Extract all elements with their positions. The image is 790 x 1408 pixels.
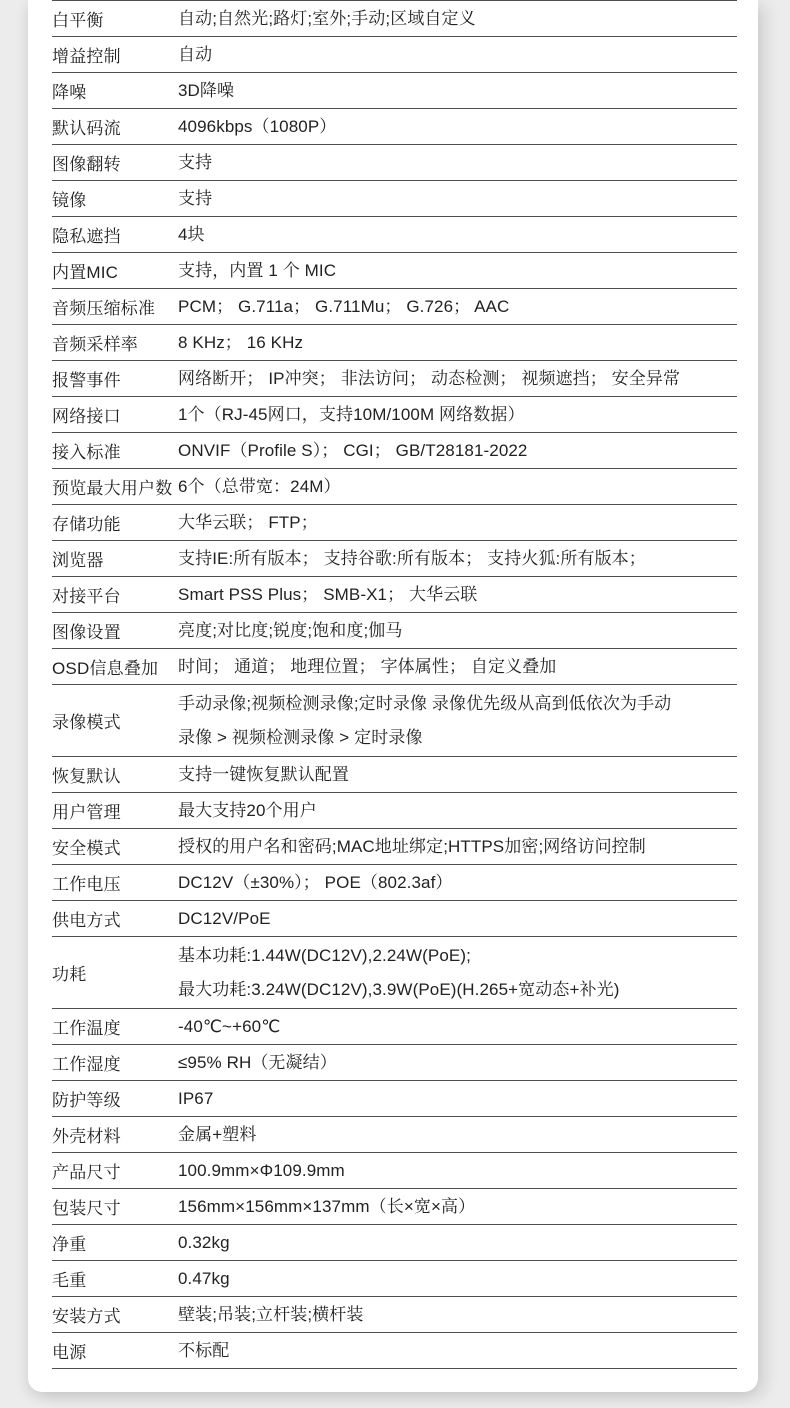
spec-label: 工作湿度	[52, 1050, 178, 1075]
spec-row: 工作电压DC12V（±30%）； POE（802.3af）	[52, 865, 737, 901]
spec-label: 预览最大用户数	[52, 474, 178, 499]
spec-label: 电源	[52, 1338, 178, 1363]
spec-value: 0.32kg	[178, 1226, 737, 1260]
spec-label: 默认码流	[52, 114, 178, 139]
spec-value: 支持	[178, 182, 737, 216]
spec-label: 降噪	[52, 78, 178, 103]
spec-row: 降噪3D降噪	[52, 73, 737, 109]
spec-value: 100.9mm×Φ109.9mm	[178, 1154, 737, 1188]
spec-row: 增益控制自动	[52, 37, 737, 73]
spec-row: 产品尺寸100.9mm×Φ109.9mm	[52, 1153, 737, 1189]
spec-label: 工作电压	[52, 870, 178, 895]
spec-card: 白平衡自动;自然光;路灯;室外;手动;区域自定义增益控制自动降噪3D降噪默认码流…	[28, 0, 758, 1392]
spec-row: 工作温度-40℃~+60℃	[52, 1009, 737, 1045]
spec-label: 供电方式	[52, 906, 178, 931]
spec-value: 156mm×156mm×137mm（长×宽×高）	[178, 1190, 737, 1224]
spec-value: 时间； 通道； 地理位置； 字体属性； 自定义叠加	[178, 650, 737, 684]
spec-row: 图像设置亮度;对比度;锐度;饱和度;伽马	[52, 613, 737, 649]
spec-row: 音频压缩标准PCM； G.711a； G.711Mu； G.726； AAC	[52, 289, 737, 325]
spec-value: 3D降噪	[178, 74, 737, 108]
spec-value: ≤95% RH（无凝结）	[178, 1046, 737, 1080]
spec-row: OSD信息叠加时间； 通道； 地理位置； 字体属性； 自定义叠加	[52, 649, 737, 685]
spec-row: 外壳材料金属+塑料	[52, 1117, 737, 1153]
spec-value: DC12V/PoE	[178, 902, 737, 936]
spec-value: 支持一键恢复默认配置	[178, 758, 737, 792]
spec-row: 用户管理最大支持20个用户	[52, 793, 737, 829]
spec-label: OSD信息叠加	[52, 654, 178, 679]
spec-label: 毛重	[52, 1266, 178, 1291]
spec-label: 外壳材料	[52, 1122, 178, 1147]
spec-label: 隐私遮挡	[52, 222, 178, 247]
spec-label: 录像模式	[52, 708, 178, 733]
spec-row: 恢复默认支持一键恢复默认配置	[52, 757, 737, 793]
spec-label: 存储功能	[52, 510, 178, 535]
spec-row: 接入标准ONVIF（Profile S）； CGI； GB/T28181-202…	[52, 433, 737, 469]
spec-value: 0.47kg	[178, 1262, 737, 1296]
spec-value: 手动录像;视频检测录像;定时录像 录像优先级从高到低依次为手动 录像 > 视频检…	[178, 687, 737, 755]
spec-row: 录像模式手动录像;视频检测录像;定时录像 录像优先级从高到低依次为手动 录像 >…	[52, 685, 737, 757]
spec-value: 自动	[178, 38, 737, 72]
spec-value: 授权的用户名和密码;MAC地址绑定;HTTPS加密;网络访问控制	[178, 830, 737, 864]
spec-row: 报警事件网络断开； IP冲突； 非法访问； 动态检测； 视频遮挡； 安全异常	[52, 361, 737, 397]
spec-value: -40℃~+60℃	[178, 1010, 737, 1044]
spec-label: 内置MIC	[52, 258, 178, 283]
spec-label: 接入标准	[52, 438, 178, 463]
spec-label: 包装尺寸	[52, 1194, 178, 1219]
spec-row: 对接平台Smart PSS Plus； SMB-X1； 大华云联	[52, 577, 737, 613]
spec-value: 4096kbps（1080P）	[178, 110, 737, 144]
spec-value: 8 KHz； 16 KHz	[178, 326, 737, 360]
spec-label: 音频采样率	[52, 330, 178, 355]
spec-label: 工作温度	[52, 1014, 178, 1039]
spec-value: 支持	[178, 146, 737, 180]
spec-label: 对接平台	[52, 582, 178, 607]
spec-label: 图像设置	[52, 618, 178, 643]
spec-value: 自动;自然光;路灯;室外;手动;区域自定义	[178, 2, 737, 36]
spec-label: 图像翻转	[52, 150, 178, 175]
spec-row: 音频采样率8 KHz； 16 KHz	[52, 325, 737, 361]
spec-table: 白平衡自动;自然光;路灯;室外;手动;区域自定义增益控制自动降噪3D降噪默认码流…	[52, 0, 737, 1369]
spec-row: 工作湿度≤95% RH（无凝结）	[52, 1045, 737, 1081]
spec-label: 防护等级	[52, 1086, 178, 1111]
spec-row: 白平衡自动;自然光;路灯;室外;手动;区域自定义	[52, 1, 737, 37]
spec-label: 恢复默认	[52, 762, 178, 787]
spec-label: 用户管理	[52, 798, 178, 823]
spec-row: 防护等级IP67	[52, 1081, 737, 1117]
spec-value: 4块	[178, 218, 737, 252]
spec-label: 镜像	[52, 186, 178, 211]
spec-value: 不标配	[178, 1334, 737, 1368]
spec-label: 安全模式	[52, 834, 178, 859]
spec-value: 支持IE:所有版本； 支持谷歌:所有版本； 支持火狐:所有版本；	[178, 542, 737, 576]
spec-row: 存储功能大华云联； FTP；	[52, 505, 737, 541]
spec-label: 功耗	[52, 960, 178, 985]
spec-value: PCM； G.711a； G.711Mu； G.726； AAC	[178, 290, 737, 324]
spec-value: Smart PSS Plus； SMB-X1； 大华云联	[178, 578, 737, 612]
spec-value: DC12V（±30%）； POE（802.3af）	[178, 866, 737, 900]
spec-row: 网络接口1个（RJ-45网口，支持10M/100M 网络数据）	[52, 397, 737, 433]
spec-value: 基本功耗:1.44W(DC12V),2.24W(PoE); 最大功耗:3.24W…	[178, 939, 737, 1007]
spec-value: 6个（总带宽：24M）	[178, 470, 737, 504]
spec-row: 浏览器支持IE:所有版本； 支持谷歌:所有版本； 支持火狐:所有版本；	[52, 541, 737, 577]
spec-value: IP67	[178, 1082, 737, 1116]
spec-row: 供电方式DC12V/PoE	[52, 901, 737, 937]
spec-value: 亮度;对比度;锐度;饱和度;伽马	[178, 614, 737, 648]
spec-label: 白平衡	[52, 6, 178, 31]
spec-value: 壁装;吊装;立杆装;横杆装	[178, 1298, 737, 1332]
spec-row: 镜像支持	[52, 181, 737, 217]
spec-value: 金属+塑料	[178, 1118, 737, 1152]
spec-value: 大华云联； FTP；	[178, 506, 737, 540]
spec-row: 净重0.32kg	[52, 1225, 737, 1261]
spec-label: 增益控制	[52, 42, 178, 67]
spec-row: 包装尺寸156mm×156mm×137mm（长×宽×高）	[52, 1189, 737, 1225]
spec-label: 网络接口	[52, 402, 178, 427]
spec-row: 内置MIC支持，内置 1 个 MIC	[52, 253, 737, 289]
spec-value: 1个（RJ-45网口，支持10M/100M 网络数据）	[178, 398, 737, 432]
spec-value: 网络断开； IP冲突； 非法访问； 动态检测； 视频遮挡； 安全异常	[178, 362, 737, 396]
spec-value: 最大支持20个用户	[178, 794, 737, 828]
spec-label: 产品尺寸	[52, 1158, 178, 1183]
spec-row: 隐私遮挡4块	[52, 217, 737, 253]
spec-row: 电源不标配	[52, 1333, 737, 1369]
spec-row: 图像翻转支持	[52, 145, 737, 181]
spec-value: ONVIF（Profile S）； CGI； GB/T28181-2022	[178, 434, 737, 468]
spec-label: 音频压缩标准	[52, 294, 178, 319]
spec-row: 毛重0.47kg	[52, 1261, 737, 1297]
spec-row: 安装方式壁装;吊装;立杆装;横杆装	[52, 1297, 737, 1333]
spec-row: 功耗基本功耗:1.44W(DC12V),2.24W(PoE); 最大功耗:3.2…	[52, 937, 737, 1009]
spec-row: 默认码流4096kbps（1080P）	[52, 109, 737, 145]
spec-label: 报警事件	[52, 366, 178, 391]
spec-label: 浏览器	[52, 546, 178, 571]
spec-label: 净重	[52, 1230, 178, 1255]
spec-label: 安装方式	[52, 1302, 178, 1327]
spec-row: 安全模式授权的用户名和密码;MAC地址绑定;HTTPS加密;网络访问控制	[52, 829, 737, 865]
spec-value: 支持，内置 1 个 MIC	[178, 254, 737, 288]
spec-row: 预览最大用户数6个（总带宽：24M）	[52, 469, 737, 505]
